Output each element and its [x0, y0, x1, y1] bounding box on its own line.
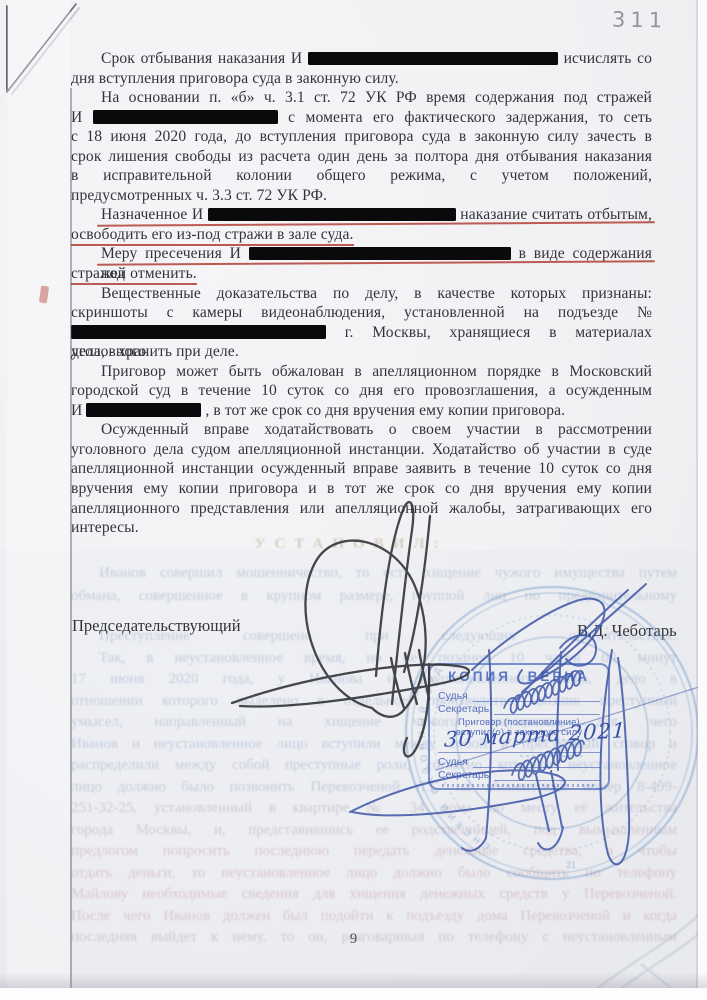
text-line: И , в тот же срок со дня вручения ему ко…: [71, 401, 652, 421]
paragraph: Срок отбывания наказания И исчислять сод…: [71, 49, 652, 88]
text-segment: апелляционной инстанции осужденный вправ…: [71, 460, 652, 477]
stamp-judge-label: Судья: [438, 756, 468, 768]
paragraph: Меру пресечения И в виде содержания подс…: [71, 244, 652, 283]
text-line: срок лишения свободы из расчета один ден…: [71, 147, 652, 167]
text-segment: вручения ему копии приговора и в тот же …: [71, 480, 652, 497]
text-segment: стражей отменить.: [71, 265, 197, 282]
paragraph: Осужденный вправе ходатайствовать о свое…: [71, 420, 652, 537]
vertical-crease: [70, 88, 72, 994]
text-line: Осужденный вправе ходатайствовать о свое…: [71, 420, 652, 440]
judge-name: В.Д. Чеботарь: [577, 621, 677, 641]
text-segment: с 18 июня 2020 года, до вступления приго…: [71, 128, 652, 145]
text-segment: предусмотренных ч. 3.3 ст. 72 УК РФ.: [71, 187, 327, 204]
text-segment: апелляционного представления или апелляц…: [71, 500, 652, 517]
red-underlined-text: освободить его из-под стражи в зале суда…: [71, 226, 354, 246]
paragraph: Приговор может быть обжалован в апелляци…: [71, 362, 652, 421]
text-segment: с момента его фактического задержания, т…: [288, 109, 652, 126]
stamp-field-judge-1: Судья: [438, 689, 600, 702]
page-number: 9: [0, 931, 707, 948]
text-line: апелляционного представления или апелляц…: [71, 499, 652, 519]
bottom-shadow: [0, 972, 707, 988]
redaction-bar: [249, 247, 511, 261]
text-line: дня вступления приговора суда в законную…: [71, 69, 652, 89]
stamp-rule-line: [473, 755, 600, 768]
corner-page-number-pencil: 311: [612, 8, 668, 33]
text-segment: городской суд в течение 10 суток со дня …: [71, 382, 652, 399]
text-segment: Вещественные доказательства по делу, в к…: [101, 285, 652, 302]
text-segment: освободить его из-под стражи в зале суда…: [71, 226, 354, 243]
text-line: интересы.: [71, 518, 652, 538]
text-line: Срок отбывания наказания И исчислять со: [71, 49, 652, 69]
text-line: И с момента его фактического задержания,…: [71, 108, 652, 128]
text-line: стражей отменить.: [71, 264, 652, 284]
text-line: уголовного дела судом апелляционной инст…: [71, 440, 652, 460]
text-line: вручения ему копии приговора и в тот же …: [71, 479, 652, 499]
text-segment: Осужденный вправе ходатайствовать о свое…: [101, 421, 652, 438]
text-segment: наказание считать отбытым,: [460, 206, 652, 223]
paragraph: Назначенное И наказание считать отбытым,…: [71, 205, 652, 244]
text-segment: срок лишения свободы из расчета один ден…: [71, 148, 652, 165]
stamp-rule-line: [494, 702, 600, 715]
text-segment: И: [71, 109, 82, 126]
text-line: городской суд в течение 10 суток со дня …: [71, 381, 652, 401]
stamp-secretary-label: Секретарь: [438, 769, 489, 781]
stamp-secretary-label: Секретарь: [438, 703, 489, 715]
paragraph: На основании п. «б» ч. 3.1 ст. 72 УК РФ …: [71, 88, 652, 205]
paragraph: Вещественные доказательства по делу, в к…: [71, 284, 652, 362]
text-line: апелляционной инстанции осужденный вправ…: [71, 459, 652, 479]
stamp-field-judge-2: Судья: [438, 755, 600, 768]
text-segment: Срок отбывания наказания И: [101, 50, 302, 67]
bottom-background-strip: [0, 988, 707, 1000]
stamp-field-secretary-1: Секретарь: [438, 702, 600, 715]
stamp-rule-line: [494, 768, 600, 781]
presiding-judge-label: Председательствующий: [72, 616, 241, 636]
text-segment: Приговор может быть обжалован в апелляци…: [101, 363, 652, 380]
red-underlined-text: стражей отменить.: [71, 265, 197, 285]
text-line: Вещественные доказательства по делу, в к…: [71, 284, 652, 304]
stamp-field-secretary-2: Секретарь: [438, 768, 600, 781]
stamp-judge-label: Судья: [438, 690, 468, 702]
text-segment: в исправительной колонии общего режима, …: [71, 167, 652, 184]
text-line: Назначенное И наказание считать отбытым,: [71, 205, 652, 225]
stamp-title: КОПИЯ ВЕРНА: [430, 669, 608, 684]
text-segment: уголовного дела судом апелляционной инст…: [71, 441, 652, 458]
redaction-bar: [308, 52, 558, 66]
text-line: Меру пресечения И в виде содержания под: [71, 244, 652, 264]
text-line: освободить его из-под стражи в зале суда…: [71, 225, 652, 245]
text-segment: Назначенное И: [101, 206, 203, 223]
text-segment: исчислять со: [564, 50, 652, 67]
text-line: предусмотренных ч. 3.3 ст. 72 УК РФ.: [71, 186, 652, 206]
text-segment: Меру пресечения И: [101, 245, 241, 262]
right-background-strip: [698, 0, 707, 1000]
text-line: с 18 июня 2020 года, до вступления приго…: [71, 127, 652, 147]
text-segment: дня вступления приговора суда в законную…: [71, 70, 399, 87]
text-segment: интересы.: [71, 519, 139, 536]
text-line: в исправительной колонии общего режима, …: [71, 166, 652, 186]
text-segment: , в тот же срок со дня вручения ему копи…: [205, 402, 565, 419]
text-segment: дела, - хранить при деле.: [71, 343, 239, 360]
stamp-date-line: [438, 752, 600, 753]
scanned-court-document-page: УСТАНОВИЛ: Иванов совершил мошенничество…: [0, 0, 707, 1000]
redaction-bar: [93, 110, 278, 124]
text-line: дела, - хранить при деле.: [71, 342, 652, 362]
redaction-bar: [208, 208, 456, 222]
redaction-bar: [71, 325, 326, 339]
redaction-bar: [86, 403, 201, 417]
text-line: г. Москвы, хранящиеся в материалах уголо…: [71, 323, 652, 343]
text-segment: На основании п. «б» ч. 3.1 ст. 72 УК РФ …: [101, 89, 652, 106]
text-line: Приговор может быть обжалован в апелляци…: [71, 362, 652, 382]
text-segment: И: [71, 402, 82, 419]
stamp-rule-line: [473, 689, 600, 702]
stamp-microtext: [442, 784, 596, 787]
text-line: скриншоты с камеры видеонаблюдения, уста…: [71, 303, 652, 323]
left-margin-strip: [7, 0, 70, 1000]
body-text: Срок отбывания наказания И исчислять сод…: [71, 49, 652, 538]
text-line: На основании п. «б» ч. 3.1 ст. 72 УК РФ …: [71, 88, 652, 108]
text-segment: скриншоты с камеры видеонаблюдения, уста…: [71, 304, 652, 321]
